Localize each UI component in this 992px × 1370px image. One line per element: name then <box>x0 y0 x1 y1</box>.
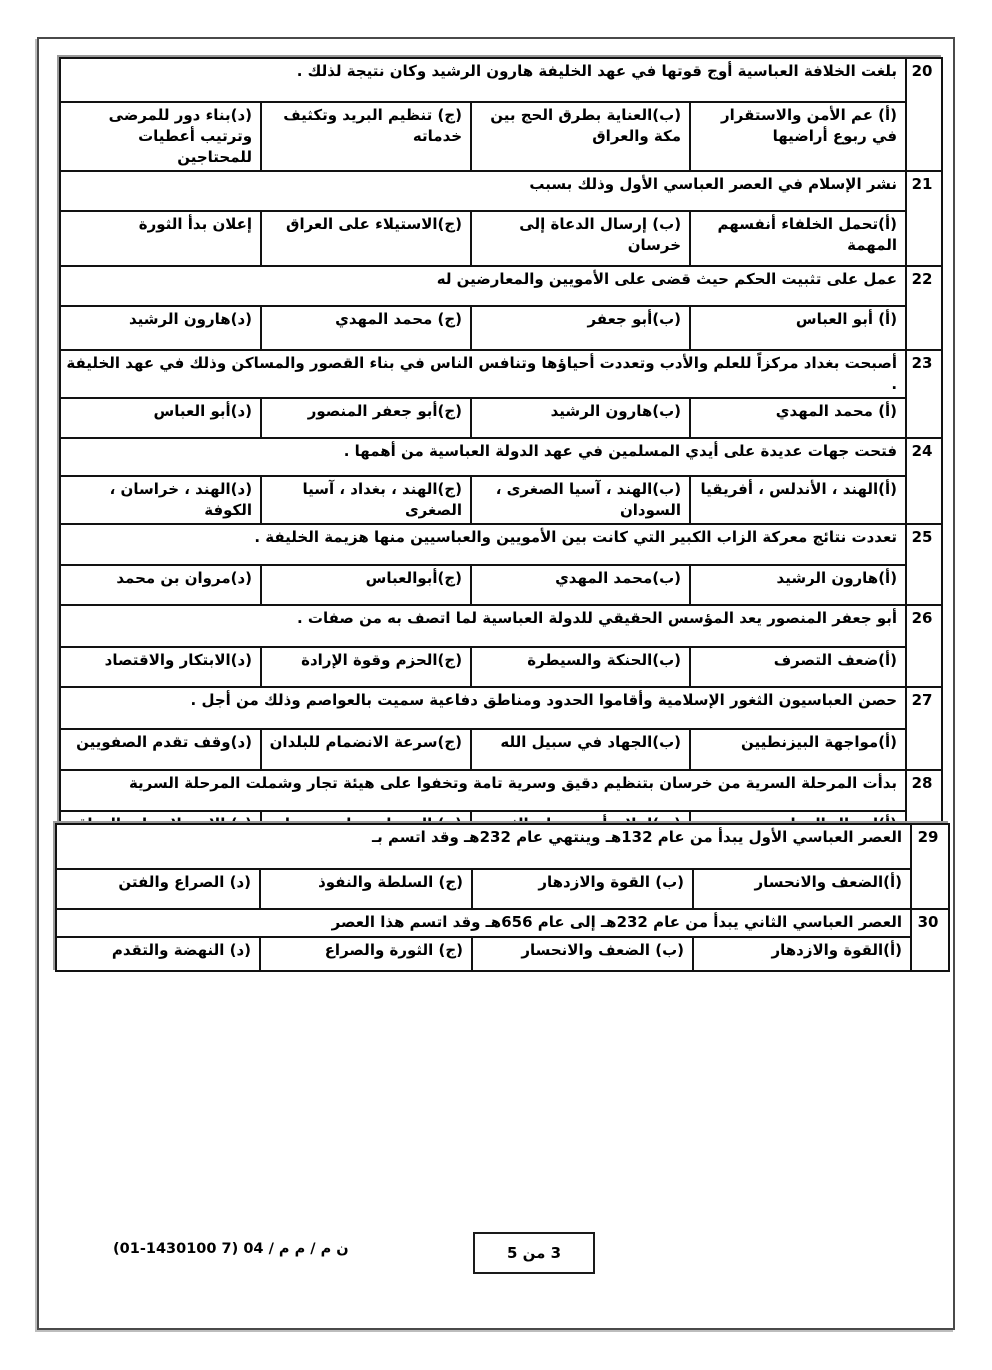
option-b: (ب)أبو جعفر <box>471 306 690 350</box>
option-d: (د)الهند ، خراسان ، الكوفة <box>60 476 261 524</box>
question-stem: عمل على تثبيت الحكم حيث قضى على الأمويين… <box>60 266 906 306</box>
option-a: (أ) أبو العباس <box>690 306 906 350</box>
option-c: (ج)الاستيلاء على العراق <box>261 211 471 266</box>
option-b: (ب)محمد المهدي <box>471 565 690 605</box>
option-d: (د)وقف تقدم الصفويين <box>60 729 261 770</box>
question-stem: أبو جعفر المنصور يعد المؤسس الحقيقي للدو… <box>60 605 906 647</box>
option-a: (أ)الضعف والانحسار <box>693 869 911 909</box>
option-c: (ج)أبوالعباس <box>261 565 471 605</box>
question-number: 26 <box>906 605 942 687</box>
option-b: (ب)العناية بطرق الحج بين مكة والعراق <box>471 102 690 171</box>
option-c: (ج)أبو جعفر المنصور <box>261 398 471 438</box>
question-number: 24 <box>906 438 942 524</box>
option-a: (أ)تحمل الخلفاء أنفسهم المهمة <box>690 211 906 266</box>
question-stem: العصر العباسي الأول يبدأ من عام 132هـ وي… <box>56 824 911 869</box>
questions-table-20-28: 20بلغت الخلافة العباسية أوج قوتها في عهد… <box>59 57 943 860</box>
option-b: (ب)الجهاد في سبيل الله <box>471 729 690 770</box>
question-number: 27 <box>906 687 942 770</box>
question-number: 30 <box>911 909 949 971</box>
option-c: (ج) محمد المهدي <box>261 306 471 350</box>
question-stem: نشر الإسلام في العصر العباسي الأول وذلك … <box>60 171 906 211</box>
page-number-box: 3 من 5 <box>473 1232 595 1274</box>
question-number: 25 <box>906 524 942 605</box>
option-a: (أ)مواجهة البيزنطيين <box>690 729 906 770</box>
option-b: (ب)الحنكة والسيطرة <box>471 647 690 687</box>
question-stem: بلغت الخلافة العباسية أوج قوتها في عهد ا… <box>60 58 906 102</box>
option-d: (د)أبو العباس <box>60 398 261 438</box>
page-number-label: 3 من 5 <box>507 1244 561 1262</box>
question-number: 22 <box>906 266 942 350</box>
question-number: 29 <box>911 824 949 909</box>
option-d: (د) الصراع والفتن <box>56 869 260 909</box>
option-a: (أ)هارون الرشيد <box>690 565 906 605</box>
option-a: (أ)ضعف التصرف <box>690 647 906 687</box>
option-c: (ج)الحزم وقوة الإرادة <box>261 647 471 687</box>
option-a: (أ) محمد المهدي <box>690 398 906 438</box>
option-a: (أ)القوة والازدهار <box>693 937 911 971</box>
option-a: (أ)الهند ، الأندلس ، أفريقيا <box>690 476 906 524</box>
option-d: (د) النهضة والتقدم <box>56 937 260 971</box>
question-stem: العصر العباسي الثاني يبدأ من عام 232هـ إ… <box>56 909 911 937</box>
question-stem: تعددت نتائج معركة الزاب الكبير التي كانت… <box>60 524 906 565</box>
option-b: (ب) القوة والازدهار <box>472 869 693 909</box>
option-a: (أ) عم الأمن والاستقرار في ربوع أراضيها <box>690 102 906 171</box>
question-stem: فتحت جهات عديدة على أيدي المسلمين في عهد… <box>60 438 906 476</box>
question-stem: بدأت المرحلة السرية من خرسان بتنظيم دقيق… <box>60 770 906 811</box>
questions-table-29-30: 29العصر العباسي الأول يبدأ من عام 132هـ … <box>55 823 950 972</box>
question-number: 21 <box>906 171 942 266</box>
option-d: (د)بناء دور للمرضى وترتيب أعطيات للمحتاج… <box>60 102 261 171</box>
document-code: ن م / م م / 04 (7 1430100-01) <box>113 1241 383 1257</box>
option-d: إعلان بدأ الثورة <box>60 211 261 266</box>
option-b: (ب) إرسال الدعاة إلى خرسان <box>471 211 690 266</box>
question-stem: حصن العباسيون الثغور الإسلامية وأقاموا ا… <box>60 687 906 729</box>
option-d: (د)هارون الرشيد <box>60 306 261 350</box>
option-b: (ب) الضعف والانحسار <box>472 937 693 971</box>
option-c: (ج)سرعة الانضمام للبلدان <box>261 729 471 770</box>
question-number: 23 <box>906 350 942 438</box>
option-c: (ج) تنظيم البريد وتكثيف خدماته <box>261 102 471 171</box>
option-d: (د)مروان بن محمد <box>60 565 261 605</box>
option-b: (ب)الهند ، آسيا الصغرى ، السودان <box>471 476 690 524</box>
option-b: (ب)هارون الرشيد <box>471 398 690 438</box>
option-c: (ج) السلطة والنفوذ <box>260 869 472 909</box>
question-number: 20 <box>906 58 942 171</box>
question-stem: أصبحت بغداد مركزاً للعلم والأدب وتعددت أ… <box>60 350 906 398</box>
option-d: (د)الابتكار والاقتصاد <box>60 647 261 687</box>
option-c: (ج)الهند ، بغداد ، آسيا الصغرى <box>261 476 471 524</box>
option-c: (ج) الثورة والصراع <box>260 937 472 971</box>
